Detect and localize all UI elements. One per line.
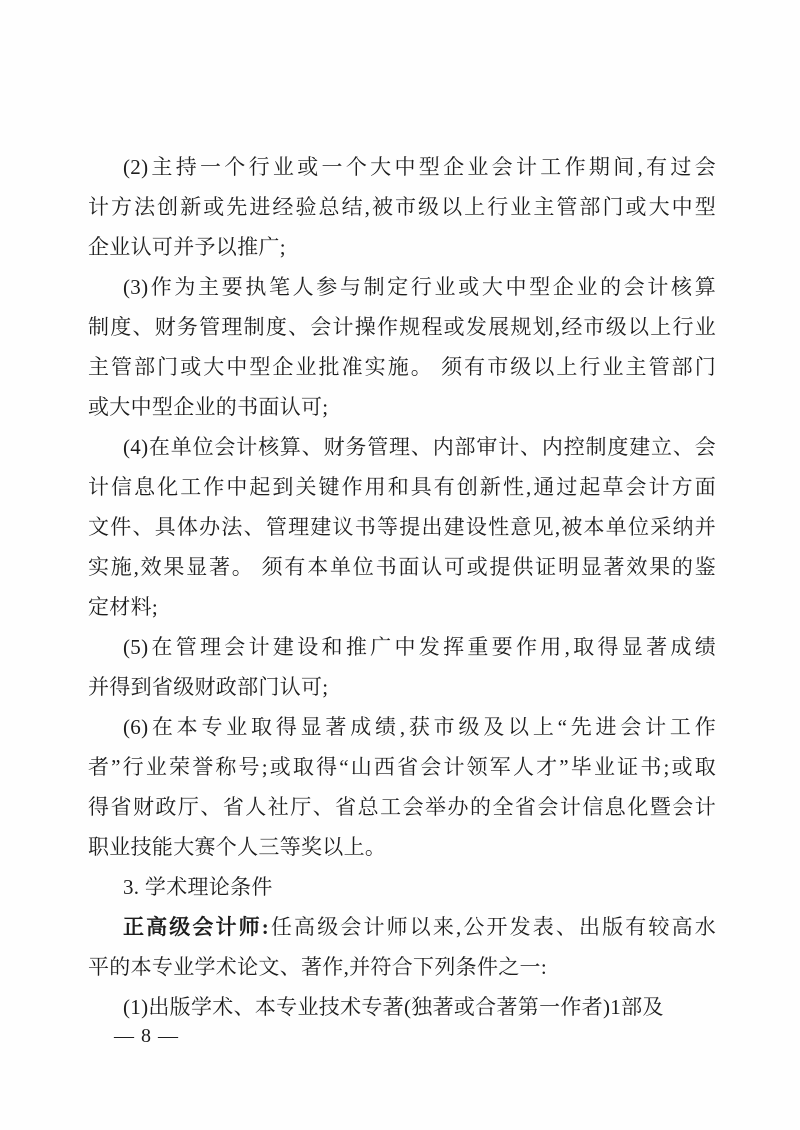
text-line: (1)出版学术、本专业技术专著(独著或合著第一作者)1部及 [88,987,716,1027]
text-line: 计方法创新或先进经验总结,被市级以上行业主管部门或大中型 [88,187,716,227]
page-number: — 8 — [114,1022,179,1050]
text-line: 主管部门或大中型企业批准实施。 须有市级以上行业主管部门 [88,347,716,387]
text-line: 平的本专业学术论文、著作,并符合下列条件之一: [88,947,716,987]
document-page: (2)主持一个行业或一个大中型企业会计工作期间,有过会计方法创新或先进经验总结,… [0,0,800,1130]
text-line: 3. 学术理论条件 [88,867,716,907]
text-line: (5)在管理会计建设和推广中发挥重要作用,取得显著成绩 [88,627,716,667]
paragraph-clause-4: (4)在单位会计核算、财务管理、内部审计、内控制度建立、会计信息化工作中起到关键… [88,427,716,627]
text-line: 者”行业荣誉称号;或取得“山西省会计领军人才”毕业证书;或取 [88,747,716,787]
text-line: 制度、财务管理制度、会计操作规程或发展规划,经市级以上行业 [88,307,716,347]
paragraph-clause-1-publication: (1)出版学术、本专业技术专著(独著或合著第一作者)1部及 [88,987,716,1027]
text-line: 文件、具体办法、管理建议书等提出建设性意见,被本单位采纳并 [88,507,716,547]
paragraph-section-heading-academic-theory: 3. 学术理论条件 [88,867,716,907]
bold-term: 正高级会计师: [123,915,269,939]
paragraph-senior-accountant-requirement: 正高级会计师:任高级会计师以来,公开发表、出版有较高水平的本专业学术论文、著作,… [88,907,716,987]
paragraph-clause-3: (3)作为主要执笔人参与制定行业或大中型企业的会计核算制度、财务管理制度、会计操… [88,267,716,427]
text-line: (3)作为主要执笔人参与制定行业或大中型企业的会计核算 [88,267,716,307]
text-line: 定材料; [88,587,716,627]
paragraph-clause-5: (5)在管理会计建设和推广中发挥重要作用,取得显著成绩并得到省级财政部门认可; [88,627,716,707]
text-line: 或大中型企业的书面认可; [88,387,716,427]
text-line: 企业认可并予以推广; [88,227,716,267]
text-line: (2)主持一个行业或一个大中型企业会计工作期间,有过会 [88,147,716,187]
text-line: (4)在单位会计核算、财务管理、内部审计、内控制度建立、会 [88,427,716,467]
document-body-text: (2)主持一个行业或一个大中型企业会计工作期间,有过会计方法创新或先进经验总结,… [88,147,716,1027]
text-line: 职业技能大赛个人三等奖以上。 [88,827,716,867]
text-line: 计信息化工作中起到关键作用和具有创新性,通过起草会计方面 [88,467,716,507]
text-line: 正高级会计师:任高级会计师以来,公开发表、出版有较高水 [88,907,716,947]
paragraph-clause-2: (2)主持一个行业或一个大中型企业会计工作期间,有过会计方法创新或先进经验总结,… [88,147,716,267]
text-line: 得省财政厅、省人社厅、省总工会举办的全省会计信息化暨会计 [88,787,716,827]
text-line: (6)在本专业取得显著成绩,获市级及以上“先进会计工作 [88,707,716,747]
text-line: 实施,效果显著。 须有本单位书面认可或提供证明显著效果的鉴 [88,547,716,587]
text-line: 并得到省级财政部门认可; [88,667,716,707]
paragraph-clause-6: (6)在本专业取得显著成绩,获市级及以上“先进会计工作者”行业荣誉称号;或取得“… [88,707,716,867]
